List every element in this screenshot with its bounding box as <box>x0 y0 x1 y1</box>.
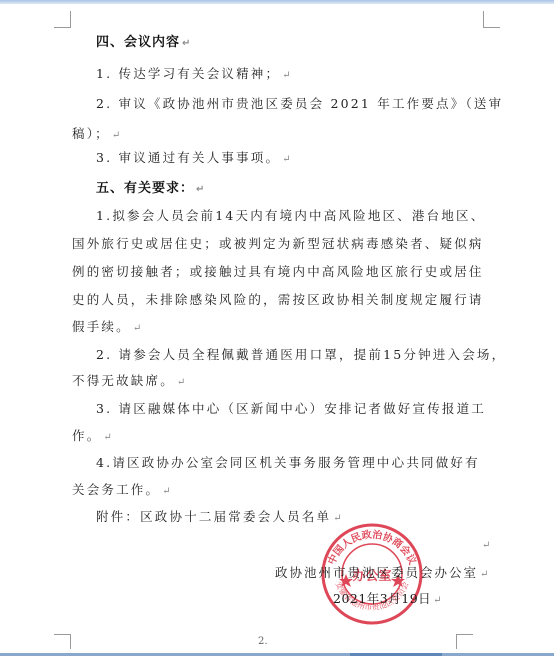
attachment-note: 附件：区政协十二届常委会人员名单↵ <box>96 509 342 527</box>
agenda-item-1: 1. 传达学习有关会议精神；↵ <box>96 66 291 84</box>
requirement-1-line-1: 1.拟参会人员会前14天内有境内中高风险地区、港台地区、 <box>96 208 485 224</box>
requirement-2-line-1: 2. 请参会人员全程佩戴普通医用口罩，提前15分钟进入会场， <box>96 347 506 363</box>
page-number: 2. <box>258 636 268 647</box>
margin-corner-bottom-right <box>456 634 473 649</box>
requirement-3-line-1: 3. 请区融媒体中心（区新闻中心）安排记者做好宣传报道工 <box>96 401 486 417</box>
requirement-2-line-2: 不得无故缺席。↵ <box>72 373 185 391</box>
signature-date: 2021年3月19日↵ <box>333 589 442 607</box>
agenda-item-2: 2. 审议《政协池州市贵池区委员会 2021 年工作要点》（送审 <box>96 96 503 112</box>
requirement-1-line-5: 假手续。↵ <box>72 319 141 337</box>
requirement-1-line-4: 史的人员，未排除感染风险的，需按区政协相关制度规定履行请 <box>72 292 484 308</box>
section-heading-requirements: 五、有关要求：↵ <box>96 181 204 198</box>
requirement-1-line-3: 例的密切接触者；或接触过具有境内中高风险地区旅行史或居住 <box>72 264 484 280</box>
requirement-3-line-2: 作。↵ <box>72 428 112 446</box>
window-top-border <box>0 0 554 4</box>
paragraph-mark: ↵ <box>482 540 490 551</box>
requirement-4-line-1: 4.请区政协办公室会同区机关事务服务管理中心共同做好有 <box>96 455 480 471</box>
margin-corner-top-right <box>483 11 500 28</box>
margin-corner-top-left <box>54 11 71 28</box>
requirement-4-line-2: 关会务工作。↵ <box>72 482 171 500</box>
svg-text:中国人民政治协商会议: 中国人民政治协商会议 <box>325 528 420 567</box>
signature-organization: 政协池州市贵池区委员会办公室↵ <box>275 563 488 581</box>
agenda-item-3: 3. 审议通过有关人事事项。↵ <box>96 150 291 168</box>
section-heading-meeting-content: 四、会议内容↵ <box>96 35 190 52</box>
requirement-1-line-2: 国外旅行史或居住史；或被判定为新型冠状病毒感染者、疑似病 <box>72 236 484 252</box>
margin-corner-bottom-left <box>54 634 71 649</box>
agenda-item-2-cont: 稿）；↵ <box>72 126 120 144</box>
